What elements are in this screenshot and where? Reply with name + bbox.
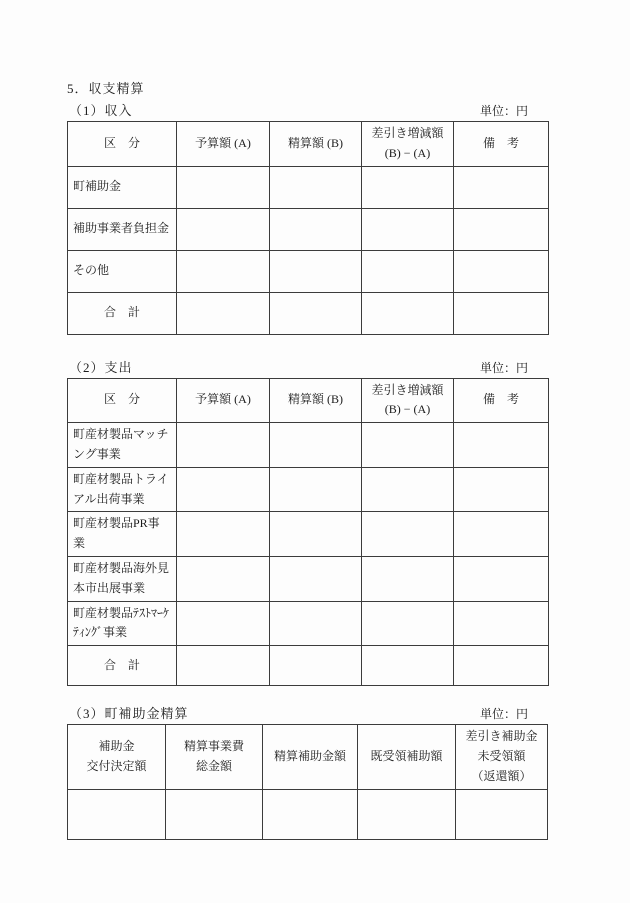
row-label-cell: 町産材製品マッチ ング事業	[68, 423, 177, 468]
settlement-header-settled-subsidy: 精算補助金額	[263, 725, 358, 789]
empty-cell	[270, 250, 362, 292]
row-label-cell: 町補助金	[68, 166, 177, 208]
empty-cell	[270, 166, 362, 208]
empty-cell	[166, 789, 263, 839]
income-row-operator-burden: 補助事業者負担金	[68, 208, 549, 250]
settlement-section-head: （3）町補助金精算 単位：円	[67, 706, 548, 721]
empty-cell	[177, 250, 270, 292]
settlement-body-row	[68, 789, 548, 839]
income-section-head: （1）収入 単位：円	[67, 103, 548, 118]
expenditure-header-settlement: 精算額 (B)	[270, 378, 362, 423]
empty-cell	[454, 556, 549, 601]
total-label-cell: 合 計	[68, 292, 177, 334]
expenditure-heading: （2）支出	[67, 360, 133, 375]
empty-cell	[362, 646, 454, 686]
income-header-category: 区 分	[68, 122, 177, 167]
document-title: 5．収支精算	[67, 81, 630, 96]
total-label-cell: 合 計	[68, 646, 177, 686]
empty-cell	[270, 208, 362, 250]
income-header-row: 区 分 予算額 (A) 精算額 (B) 差引き増減額 (B) − (A) 備 考	[68, 122, 549, 167]
settlement-table: 補助金 交付決定額 精算事業費 総金額 精算補助金額 既受領補助額 差引き補助金…	[67, 724, 548, 839]
income-row-other: その他	[68, 250, 549, 292]
empty-cell	[454, 292, 549, 334]
empty-cell	[362, 208, 454, 250]
empty-cell	[177, 512, 270, 557]
expenditure-header-category: 区 分	[68, 378, 177, 423]
expenditure-row-pr: 町産材製品PR事業	[68, 512, 549, 557]
expenditure-header-row: 区 分 予算額 (A) 精算額 (B) 差引き増減額 (B) − (A) 備 考	[68, 378, 549, 423]
empty-cell	[263, 789, 358, 839]
expenditure-row-test-marketing: 町産材製品ﾃｽﾄﾏｰｹ ﾃｨﾝｸﾞ事業	[68, 601, 549, 646]
empty-cell	[454, 601, 549, 646]
row-label-cell: その他	[68, 250, 177, 292]
settlement-header-unreceived-refund: 差引き補助金 未受領額 （返還額）	[456, 725, 548, 789]
empty-cell	[270, 556, 362, 601]
empty-cell	[362, 250, 454, 292]
empty-cell	[68, 789, 166, 839]
income-header-difference: 差引き増減額 (B) − (A)	[362, 122, 454, 167]
empty-cell	[454, 423, 549, 468]
income-header-remarks: 備 考	[454, 122, 549, 167]
expenditure-unit-label: 単位：円	[480, 361, 548, 375]
empty-cell	[362, 423, 454, 468]
empty-cell	[270, 423, 362, 468]
settlement-header-received-subsidy: 既受領補助額	[358, 725, 456, 789]
expenditure-section-head: （2）支出 単位：円	[67, 360, 548, 375]
empty-cell	[270, 646, 362, 686]
settlement-section: （3）町補助金精算 単位：円 補助金 交付決定額 精算事業費 総金額 精算補助金…	[67, 706, 630, 839]
settlement-header-grant-decision: 補助金 交付決定額	[68, 725, 166, 789]
empty-cell	[362, 467, 454, 512]
row-label-cell: 補助事業者負担金	[68, 208, 177, 250]
empty-cell	[454, 166, 549, 208]
income-row-town-subsidy: 町補助金	[68, 166, 549, 208]
settlement-header-total-project-cost: 精算事業費 総金額	[166, 725, 263, 789]
expenditure-row-trial-shipping: 町産材製品トライ アル出荷事業	[68, 467, 549, 512]
settlement-header-row: 補助金 交付決定額 精算事業費 総金額 精算補助金額 既受領補助額 差引き補助金…	[68, 725, 548, 789]
empty-cell	[177, 292, 270, 334]
income-heading: （1）収入	[67, 103, 133, 118]
expenditure-section: （2）支出 単位：円 区 分 予算額 (A) 精算額 (B) 差引き増減額 (B…	[67, 360, 630, 687]
income-header-settlement: 精算額 (B)	[270, 122, 362, 167]
empty-cell	[177, 556, 270, 601]
settlement-unit-label: 単位：円	[480, 707, 548, 721]
empty-cell	[362, 166, 454, 208]
empty-cell	[177, 646, 270, 686]
empty-cell	[456, 789, 548, 839]
row-label-cell: 町産材製品海外見 本市出展事業	[68, 556, 177, 601]
empty-cell	[270, 512, 362, 557]
empty-cell	[454, 467, 549, 512]
empty-cell	[454, 208, 549, 250]
row-label-cell: 町産材製品ﾃｽﾄﾏｰｹ ﾃｨﾝｸﾞ事業	[68, 601, 177, 646]
empty-cell	[177, 208, 270, 250]
empty-cell	[362, 601, 454, 646]
expenditure-header-budget: 予算額 (A)	[177, 378, 270, 423]
income-section: （1）収入 単位：円 区 分 予算額 (A) 精算額 (B) 差引き増減額 (B…	[67, 103, 630, 335]
income-unit-label: 単位：円	[480, 104, 548, 118]
empty-cell	[270, 467, 362, 512]
empty-cell	[454, 512, 549, 557]
empty-cell	[454, 250, 549, 292]
expenditure-header-remarks: 備 考	[454, 378, 549, 423]
empty-cell	[362, 292, 454, 334]
empty-cell	[270, 601, 362, 646]
expenditure-table: 区 分 予算額 (A) 精算額 (B) 差引き増減額 (B) − (A) 備 考…	[67, 378, 549, 687]
empty-cell	[177, 166, 270, 208]
row-label-cell: 町産材製品PR事業	[68, 512, 177, 557]
empty-cell	[270, 292, 362, 334]
expenditure-header-difference: 差引き増減額 (B) − (A)	[362, 378, 454, 423]
income-table: 区 分 予算額 (A) 精算額 (B) 差引き増減額 (B) − (A) 備 考…	[67, 121, 549, 335]
income-header-budget: 予算額 (A)	[177, 122, 270, 167]
empty-cell	[454, 646, 549, 686]
document-page: 5．収支精算 （1）収入 単位：円 区 分 予算額 (A) 精算額 (B) 差引…	[0, 0, 630, 903]
expenditure-row-matching: 町産材製品マッチ ング事業	[68, 423, 549, 468]
empty-cell	[177, 467, 270, 512]
empty-cell	[362, 556, 454, 601]
settlement-heading: （3）町補助金精算	[67, 706, 189, 721]
income-row-total: 合 計	[68, 292, 549, 334]
empty-cell	[177, 601, 270, 646]
empty-cell	[362, 512, 454, 557]
expenditure-row-overseas-trade-fair: 町産材製品海外見 本市出展事業	[68, 556, 549, 601]
empty-cell	[177, 423, 270, 468]
expenditure-row-total: 合 計	[68, 646, 549, 686]
row-label-cell: 町産材製品トライ アル出荷事業	[68, 467, 177, 512]
empty-cell	[358, 789, 456, 839]
